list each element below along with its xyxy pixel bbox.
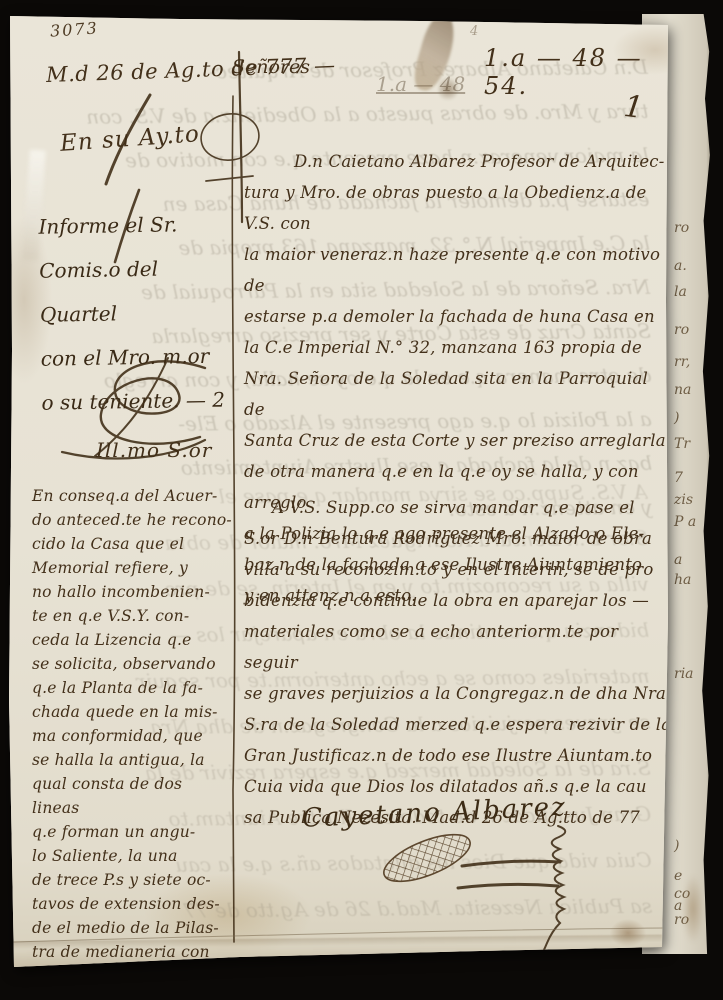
folio-mark: 1 <box>622 89 645 126</box>
salutation: Ill.mo S.or <box>96 438 212 462</box>
addressee-heading: Señores <box>232 56 310 78</box>
margin-session-note: En su Ay.to <box>59 121 200 157</box>
page-corner-number: 4 <box>470 24 478 39</box>
margin-decree-note: Informe el Sr.Comis.o del Quartelcon el … <box>38 201 242 424</box>
supplication-text: A V.S. Supp.co se sirva mandar q.e pase … <box>244 492 672 833</box>
archive-number: 3073 <box>49 18 99 40</box>
report-column-text: En conseq.a del Acuer-do anteced.te he r… <box>32 484 234 964</box>
manuscript-paper: D.n Caietano Albarez Profesor de Arquite… <box>0 0 680 975</box>
folio-number-faded: 1.a — 48 <box>376 72 465 96</box>
scanned-manuscript-page: roa.larorr,na)Tr7zisP aaharia)ecoaro D.n… <box>0 0 723 1000</box>
signature-rubric-leaf <box>378 825 476 891</box>
folio-numbers: 1.a — 48 — 54. <box>484 44 680 100</box>
